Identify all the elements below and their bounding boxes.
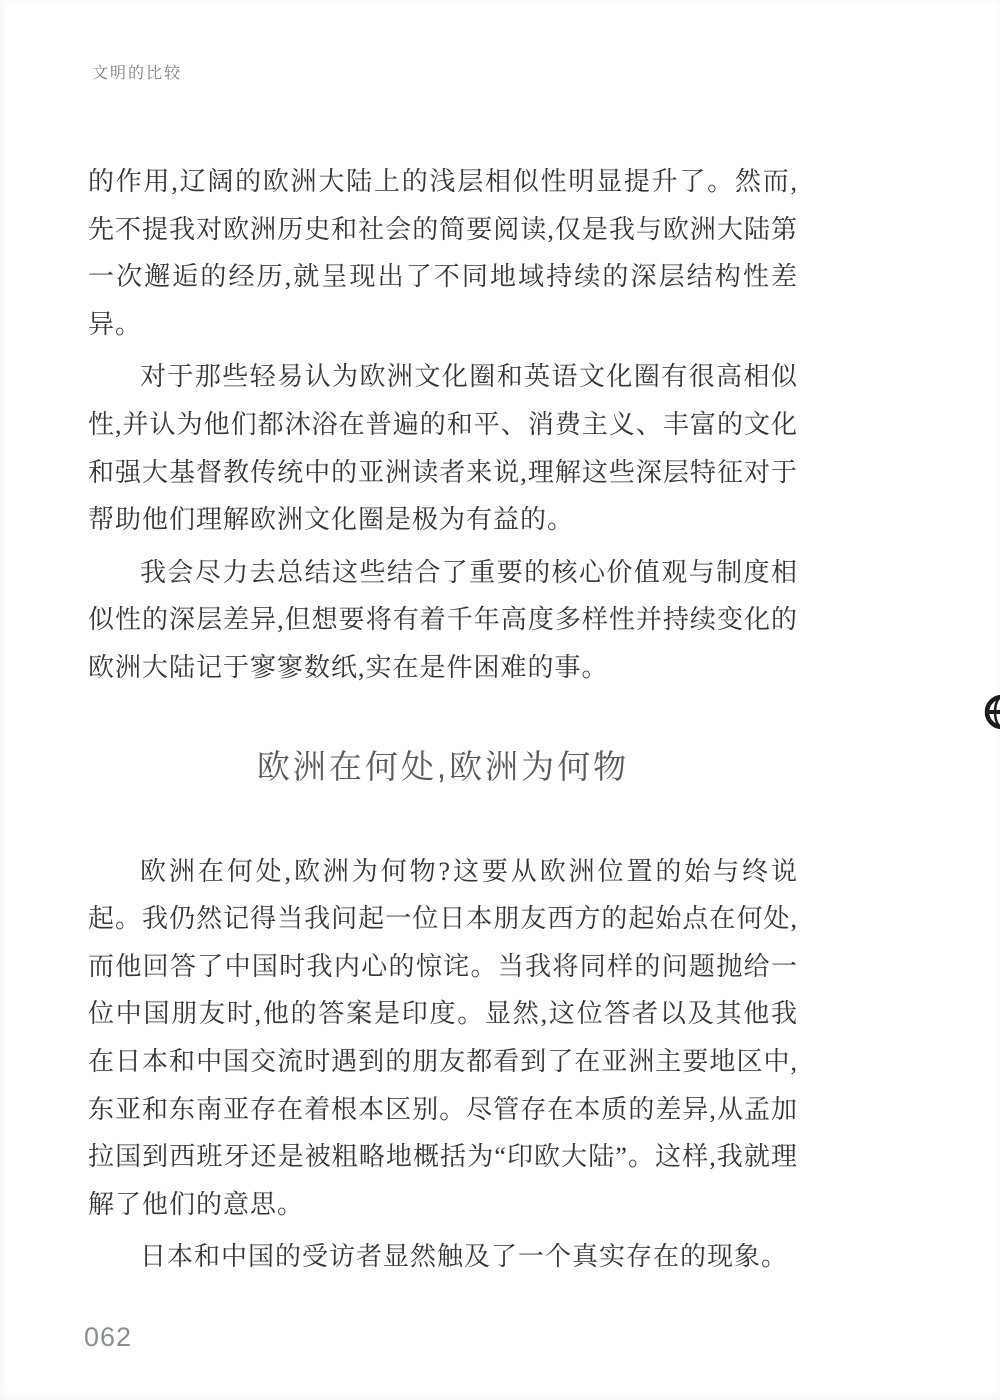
body-paragraph: 的作用,辽阔的欧洲大陆上的浅层相似性明显提升了。然而,先不提我对欧洲历史和社会的… <box>88 158 798 348</box>
globe-ornament-icon <box>982 692 1000 732</box>
book-page: 文明的比较 的作用,辽阔的欧洲大陆上的浅层相似性明显提升了。然而,先不提我对欧洲… <box>0 0 1000 1400</box>
body-paragraph: 我会尽力去总结这些结合了重要的核心价值观与制度相似性的深层差异,但想要将有着千年… <box>88 549 798 692</box>
section-heading: 欧洲在何处,欧洲为何物 <box>88 744 798 790</box>
paragraph-group-before-heading: 的作用,辽阔的欧洲大陆上的浅层相似性明显提升了。然而,先不提我对欧洲历史和社会的… <box>88 158 798 692</box>
body-paragraph: 日本和中国的受访者显然触及了一个真实存在的现象。 <box>88 1233 798 1281</box>
page-number: 062 <box>84 1322 132 1353</box>
text-block: 的作用,辽阔的欧洲大陆上的浅层相似性明显提升了。然而,先不提我对欧洲历史和社会的… <box>88 158 798 1281</box>
body-paragraph: 欧洲在何处,欧洲为何物?这要从欧洲位置的始与终说起。我仍然记得当我问起一位日本朋… <box>88 848 798 1229</box>
running-head: 文明的比较 <box>92 60 182 83</box>
paragraph-group-after-heading: 欧洲在何处,欧洲为何物?这要从欧洲位置的始与终说起。我仍然记得当我问起一位日本朋… <box>88 848 798 1281</box>
body-paragraph: 对于那些轻易认为欧洲文化圈和英语文化圈有很高相似性,并认为他们都沐浴在普遍的和平… <box>88 353 798 543</box>
